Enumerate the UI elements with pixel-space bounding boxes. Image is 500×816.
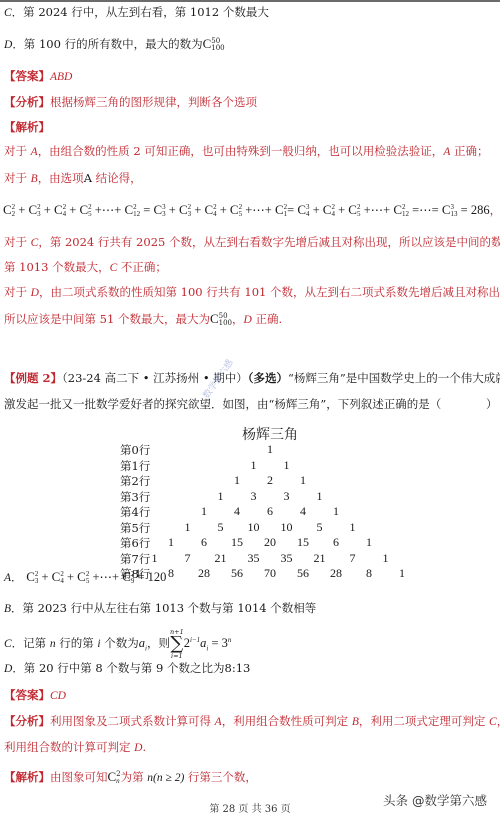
option-text: ．第 100 行的所有数中，最大的数为 xyxy=(12,37,202,51)
combination-symbol: C xyxy=(54,202,63,217)
top-divider xyxy=(0,0,500,2)
sigma-icon: ∑ xyxy=(170,636,183,652)
option-b: B．第 2023 行中从左往右第 1013 个数与第 1014 个数相等 xyxy=(4,600,316,617)
combination-indices: 29 xyxy=(131,571,135,585)
analysis-line-2a: 【分析】利用图象及二项式系数计算可得 A，利用组合数性质可判定 B，利用二项式定… xyxy=(4,713,500,730)
answer-paren-close: ） xyxy=(486,396,498,412)
text: ，利用组合数性质可判定 xyxy=(222,714,352,728)
triangle-row: 第2行121 xyxy=(120,473,400,487)
combination-symbol: C xyxy=(275,202,284,217)
sub: 4 xyxy=(331,211,335,218)
option-text: ．第 20 行中第 8 个数与第 9 个数之比为8:13 xyxy=(12,661,250,675)
option-text: ．第 2023 行中从左往右第 1013 个数与第 1014 个数相等 xyxy=(11,601,316,615)
answer-line-2: 【答案】CD xyxy=(4,687,66,704)
option-text: ．第 2024 行中，从左到右看，第 1012 个数最大 xyxy=(12,5,269,19)
combination-indices: 23 xyxy=(35,571,39,585)
triangle-value: 1 xyxy=(267,442,273,457)
hockey-stick-equation: C22 + C23 + C24 + C25 +⋯+ C212 = C33 + C… xyxy=(3,202,500,218)
sub: 13 xyxy=(451,211,458,218)
text: ，由二项式系数的性质知第 100 行共有 101 个数，从左到右二项式系数先增后… xyxy=(39,285,500,299)
text: 对于 xyxy=(4,171,31,185)
combination-indices: 24 xyxy=(331,204,335,218)
text: ． xyxy=(11,570,23,584)
combination-indices: 212 xyxy=(133,204,140,218)
solution-tag: 【解析】 xyxy=(4,770,50,784)
letter: C xyxy=(489,716,497,728)
text: 行的第 xyxy=(56,636,98,650)
analysis-line-2b: 利用组合数的计算可判定 D. xyxy=(4,739,146,756)
sub: 9 xyxy=(131,578,135,585)
triangle-value: 56 xyxy=(297,566,309,581)
triangle-value: 1 xyxy=(383,551,389,566)
combination-symbol: C xyxy=(153,202,162,217)
combination-indices: 24 xyxy=(213,204,217,218)
text: 正确； xyxy=(450,144,488,158)
solution-tag-line-1: 【解析】 xyxy=(4,119,50,135)
combination-indices: 23 xyxy=(188,204,192,218)
triangle-value: 1 xyxy=(366,535,372,550)
sub: 12 xyxy=(133,211,140,218)
combination-symbol: C xyxy=(204,202,213,217)
sub: 5 xyxy=(239,211,243,218)
text: 第 1013 个数最大， xyxy=(4,260,110,274)
sub: 3 xyxy=(37,211,41,218)
triangle-value: 21 xyxy=(314,551,326,566)
combination-symbol: C xyxy=(108,769,117,784)
combination-indices: 25 xyxy=(357,204,361,218)
sub: 4 xyxy=(60,578,64,585)
text: 正确. xyxy=(252,312,282,326)
option-letter: B xyxy=(4,603,11,615)
analysis-tag: 【分析】 xyxy=(4,714,50,728)
combination-symbol: C xyxy=(348,202,357,217)
triangle-value: 1 xyxy=(251,458,257,473)
solution-line-c1: 对于 C，第 2024 行共有 2025 个数，从左到右看数字先增后减且对称出现… xyxy=(4,234,500,251)
triangle-row: 第0行1 xyxy=(120,442,400,456)
triangle-value: 5 xyxy=(218,520,224,535)
row-label: 第6行 xyxy=(120,535,150,551)
triangle-value: 8 xyxy=(366,566,372,581)
text: 对于 xyxy=(4,235,31,249)
sub: 3 xyxy=(35,578,39,585)
text: ，则 xyxy=(147,636,170,650)
text: ，利用二项式定理可判定 xyxy=(359,714,489,728)
combination-indices: 50100 xyxy=(211,38,224,52)
triangle-value: 6 xyxy=(267,504,273,519)
text: 利用组合数的计算可判定 xyxy=(4,740,134,754)
triangle-row: 第7行172135352171 xyxy=(120,551,400,565)
triangle-value: 21 xyxy=(215,551,227,566)
sub: 4 xyxy=(213,211,217,218)
text: ， xyxy=(232,312,244,326)
triangle-row: 第4行14641 xyxy=(120,504,400,518)
triangle-value: 3 xyxy=(284,489,290,504)
option-letter: A xyxy=(4,572,11,584)
triangle-value: 8 xyxy=(168,566,174,581)
triangle-value: 10 xyxy=(281,520,293,535)
text: 个数为 xyxy=(101,636,139,650)
text: ，第 2024 行共有 2025 个数，从左到右看数字先增后减且对称出现，所以应… xyxy=(38,235,500,249)
analysis-line-1: 【分析】根据杨辉三角的图形规律，判断各个选项 xyxy=(4,94,257,110)
row-label: 第1行 xyxy=(120,458,150,474)
combination-symbol: C xyxy=(122,569,131,584)
text: 对于 xyxy=(4,285,31,299)
combination-symbol: C xyxy=(124,202,133,217)
triangle-value: 5 xyxy=(317,520,323,535)
combination-symbol: C xyxy=(442,202,451,217)
row-label: 第7行 xyxy=(120,551,150,567)
combination-indices: 34 xyxy=(306,204,310,218)
combination-symbol: C xyxy=(28,202,37,217)
triangle-row: 第3行1331 xyxy=(120,489,400,503)
option-a: A． C23 + C24 + C25 +⋯+ C29 = 120 xyxy=(4,569,166,586)
combination-indices: 33 xyxy=(162,204,166,218)
text: ，正确； xyxy=(490,203,500,217)
sub: 1 xyxy=(284,211,288,218)
text: 行第三个数， xyxy=(184,770,257,784)
solution-tag: 【解析】 xyxy=(4,120,50,134)
sub: 2 xyxy=(12,211,16,218)
triangle-value: 6 xyxy=(201,535,207,550)
solution-line-d2: 所以应该是中间第 51 个数最大，最大为C50100，D 正确. xyxy=(4,311,282,328)
sub: 100 xyxy=(211,45,224,52)
option-formula: C23 + C24 + C25 +⋯+ C29 = 120 xyxy=(26,570,166,584)
text: 由图象可知 xyxy=(50,770,108,784)
text: . xyxy=(142,740,146,754)
letter: A xyxy=(215,716,222,728)
text: 对于 xyxy=(4,144,31,158)
triangle-value: 70 xyxy=(264,566,276,581)
sub: 5 xyxy=(357,211,361,218)
combination-symbol: C xyxy=(203,36,212,51)
text: ．记第 xyxy=(12,636,50,650)
example-tag: 【例题 2】 xyxy=(4,371,62,385)
solution-line-b: 对于 B，由选项A 结论得， xyxy=(4,170,142,187)
triangle-value: 1 xyxy=(234,473,240,488)
answer-line-1: 【答案】ABD xyxy=(4,68,72,85)
sub: 5 xyxy=(88,211,92,218)
triangle-row: 第6行1615201561 xyxy=(120,535,400,549)
combination-indices: 21 xyxy=(284,204,288,218)
text: 结论得， xyxy=(92,171,142,185)
combination-indices: 22 xyxy=(12,204,16,218)
triangle-value: 35 xyxy=(281,551,293,566)
triangle-value: 1 xyxy=(185,520,191,535)
sum-lower: i=1 xyxy=(171,652,183,660)
text: A xyxy=(84,171,92,185)
summation: n+1∑i=1 xyxy=(170,628,184,660)
triangle-value: 1 xyxy=(350,520,356,535)
combination-indices: 25 xyxy=(88,204,92,218)
triangle-value: 56 xyxy=(231,566,243,581)
triangle-title: 杨辉三角 xyxy=(242,424,298,444)
option-letter: C xyxy=(4,7,12,19)
text: ，由组合数的性质 2 可知正确，也可由特殊到一般归纳，也可以用检验法验证， xyxy=(38,144,444,158)
sub: 4 xyxy=(306,211,310,218)
analysis-text: 根据杨辉三角的图形规律，判断各个选项 xyxy=(50,95,257,109)
text: = 3 xyxy=(208,636,228,650)
triangle-value: 1 xyxy=(300,473,306,488)
option-d: D．第 20 行中第 8 个数与第 9 个数之比为8:13 xyxy=(4,660,250,677)
analysis-tag: 【分析】 xyxy=(4,95,50,109)
combination-symbol: C xyxy=(230,202,239,217)
answer-tag: 【答案】 xyxy=(4,688,50,702)
combination-symbol: C xyxy=(297,202,306,217)
text: 为第 xyxy=(121,770,148,784)
combination-indices: 212 xyxy=(402,204,409,218)
sub: 100 xyxy=(219,320,232,327)
solution-line-2: 【解析】由图象可知C2n为第 n(n ≥ 2) 行第三个数， xyxy=(4,769,257,786)
sup: i−1 xyxy=(190,636,200,644)
triangle-value: 1 xyxy=(317,489,323,504)
solution-line-a: 对于 A，由组合数的性质 2 可知正确，也可由特殊到一般归纳，也可以用检验法验证… xyxy=(4,143,489,160)
triangle-value: 7 xyxy=(350,551,356,566)
triangle-value: 20 xyxy=(264,535,276,550)
letter: B xyxy=(352,716,359,728)
multi-select-label: （多选） xyxy=(248,371,288,385)
combination-indices: 313 xyxy=(451,204,458,218)
combination-indices: 50100 xyxy=(219,313,232,327)
row-label: 第0行 xyxy=(120,442,150,458)
triangle-row: 第1行11 xyxy=(120,458,400,472)
triangle-value: 10 xyxy=(248,520,260,535)
triangle-value: 28 xyxy=(330,566,342,581)
sub: 5 xyxy=(86,578,90,585)
text: ，由选项 xyxy=(38,171,84,185)
option-c-prev: C．第 2024 行中，从左到右看，第 1012 个数最大 xyxy=(4,4,269,21)
triangle-value: 1 xyxy=(201,504,207,519)
combination-symbol: C xyxy=(79,202,88,217)
combination-symbol: C xyxy=(52,569,61,584)
answer-value: ABD xyxy=(50,71,72,83)
triangle-value: 4 xyxy=(300,504,306,519)
triangle-value: 6 xyxy=(333,535,339,550)
text: ） xyxy=(486,397,498,411)
triangle-value: 1 xyxy=(284,458,290,473)
combination-symbol: C xyxy=(26,569,35,584)
combination-symbol: C xyxy=(210,311,219,326)
letter: A xyxy=(31,146,38,158)
text: 所以应该是中间第 51 个数最大，最大为 xyxy=(4,312,210,326)
example-2-line-2: 激发起一批又一批数学爱好者的探究欲望．如图，由“杨辉三角”，下列叙述正确的是（ xyxy=(4,396,441,412)
condition: (n ≥ 2) xyxy=(153,772,184,784)
triangle-value: 28 xyxy=(198,566,210,581)
letter: D xyxy=(244,314,252,326)
answer-value: CD xyxy=(50,690,66,702)
row-label: 第4行 xyxy=(120,504,150,520)
sub: 4 xyxy=(63,211,67,218)
brand-watermark: 头条 @数学第六感 xyxy=(383,791,487,809)
option-d-prev: D．第 100 行的所有数中，最大的数为C50100 xyxy=(4,36,225,53)
combination-indices: 24 xyxy=(63,204,67,218)
triangle-value: 15 xyxy=(231,535,243,550)
sub: 3 xyxy=(188,211,192,218)
combination-symbol: C xyxy=(77,569,86,584)
triangle-row: 第5行15101051 xyxy=(120,520,400,534)
combination-symbol: C xyxy=(323,202,332,217)
triangle-value: 1 xyxy=(333,504,339,519)
answer-tag: 【答案】 xyxy=(4,69,50,83)
combination-indices: 25 xyxy=(86,571,90,585)
triangle-value: 4 xyxy=(234,504,240,519)
triangle-value: 3 xyxy=(251,489,257,504)
triangle-value: 1 xyxy=(152,551,158,566)
text: “杨辉三角”是中国数学史上的一个伟大成就， xyxy=(288,371,500,385)
solution-line-d1: 对于 D，由二项式系数的性质知第 100 行共有 101 个数，从左到右二项式系… xyxy=(4,284,500,301)
solution-line-c2: 第 1013 个数最大，C 不正确； xyxy=(4,259,167,276)
sub: 12 xyxy=(402,211,409,218)
combination-symbol: C xyxy=(3,202,12,217)
sub: 3 xyxy=(162,211,166,218)
letter: B xyxy=(31,173,38,185)
combination-indices: 25 xyxy=(239,204,243,218)
row-label: 第5行 xyxy=(120,520,150,536)
combination-indices: 24 xyxy=(60,571,64,585)
row-label: 第3行 xyxy=(120,489,150,505)
letter: D xyxy=(31,287,39,299)
triangle-value: 2 xyxy=(267,473,273,488)
combination-symbol: C xyxy=(179,202,188,217)
text: 激发起一批又一批数学爱好者的探究欲望．如图，由“杨辉三角”，下列叙述正确的是（ xyxy=(4,397,441,411)
triangle-value: 15 xyxy=(297,535,309,550)
triangle-value: 1 xyxy=(399,566,405,581)
option-c: C．记第 n 行的第 i 个数为ai，则n+1∑i=12i−1ai = 3n xyxy=(4,628,231,660)
text: 利用图象及二项式系数计算可得 xyxy=(50,714,215,728)
sup: n xyxy=(228,636,232,644)
combination-symbol: C xyxy=(393,202,402,217)
row-label: 第2行 xyxy=(120,473,150,489)
triangle-value: 7 xyxy=(185,551,191,566)
option-letter: C xyxy=(4,638,12,650)
example-2-line-1: 【例题 2】（23-24 高二下 • 江苏扬州 • 期中）（多选）“杨辉三角”是… xyxy=(4,370,500,386)
combination-indices: 23 xyxy=(37,204,41,218)
triangle-value: 1 xyxy=(168,535,174,550)
text: 不正确； xyxy=(117,260,167,274)
triangle-value: 35 xyxy=(248,551,260,566)
triangle-value: 1 xyxy=(218,489,224,504)
